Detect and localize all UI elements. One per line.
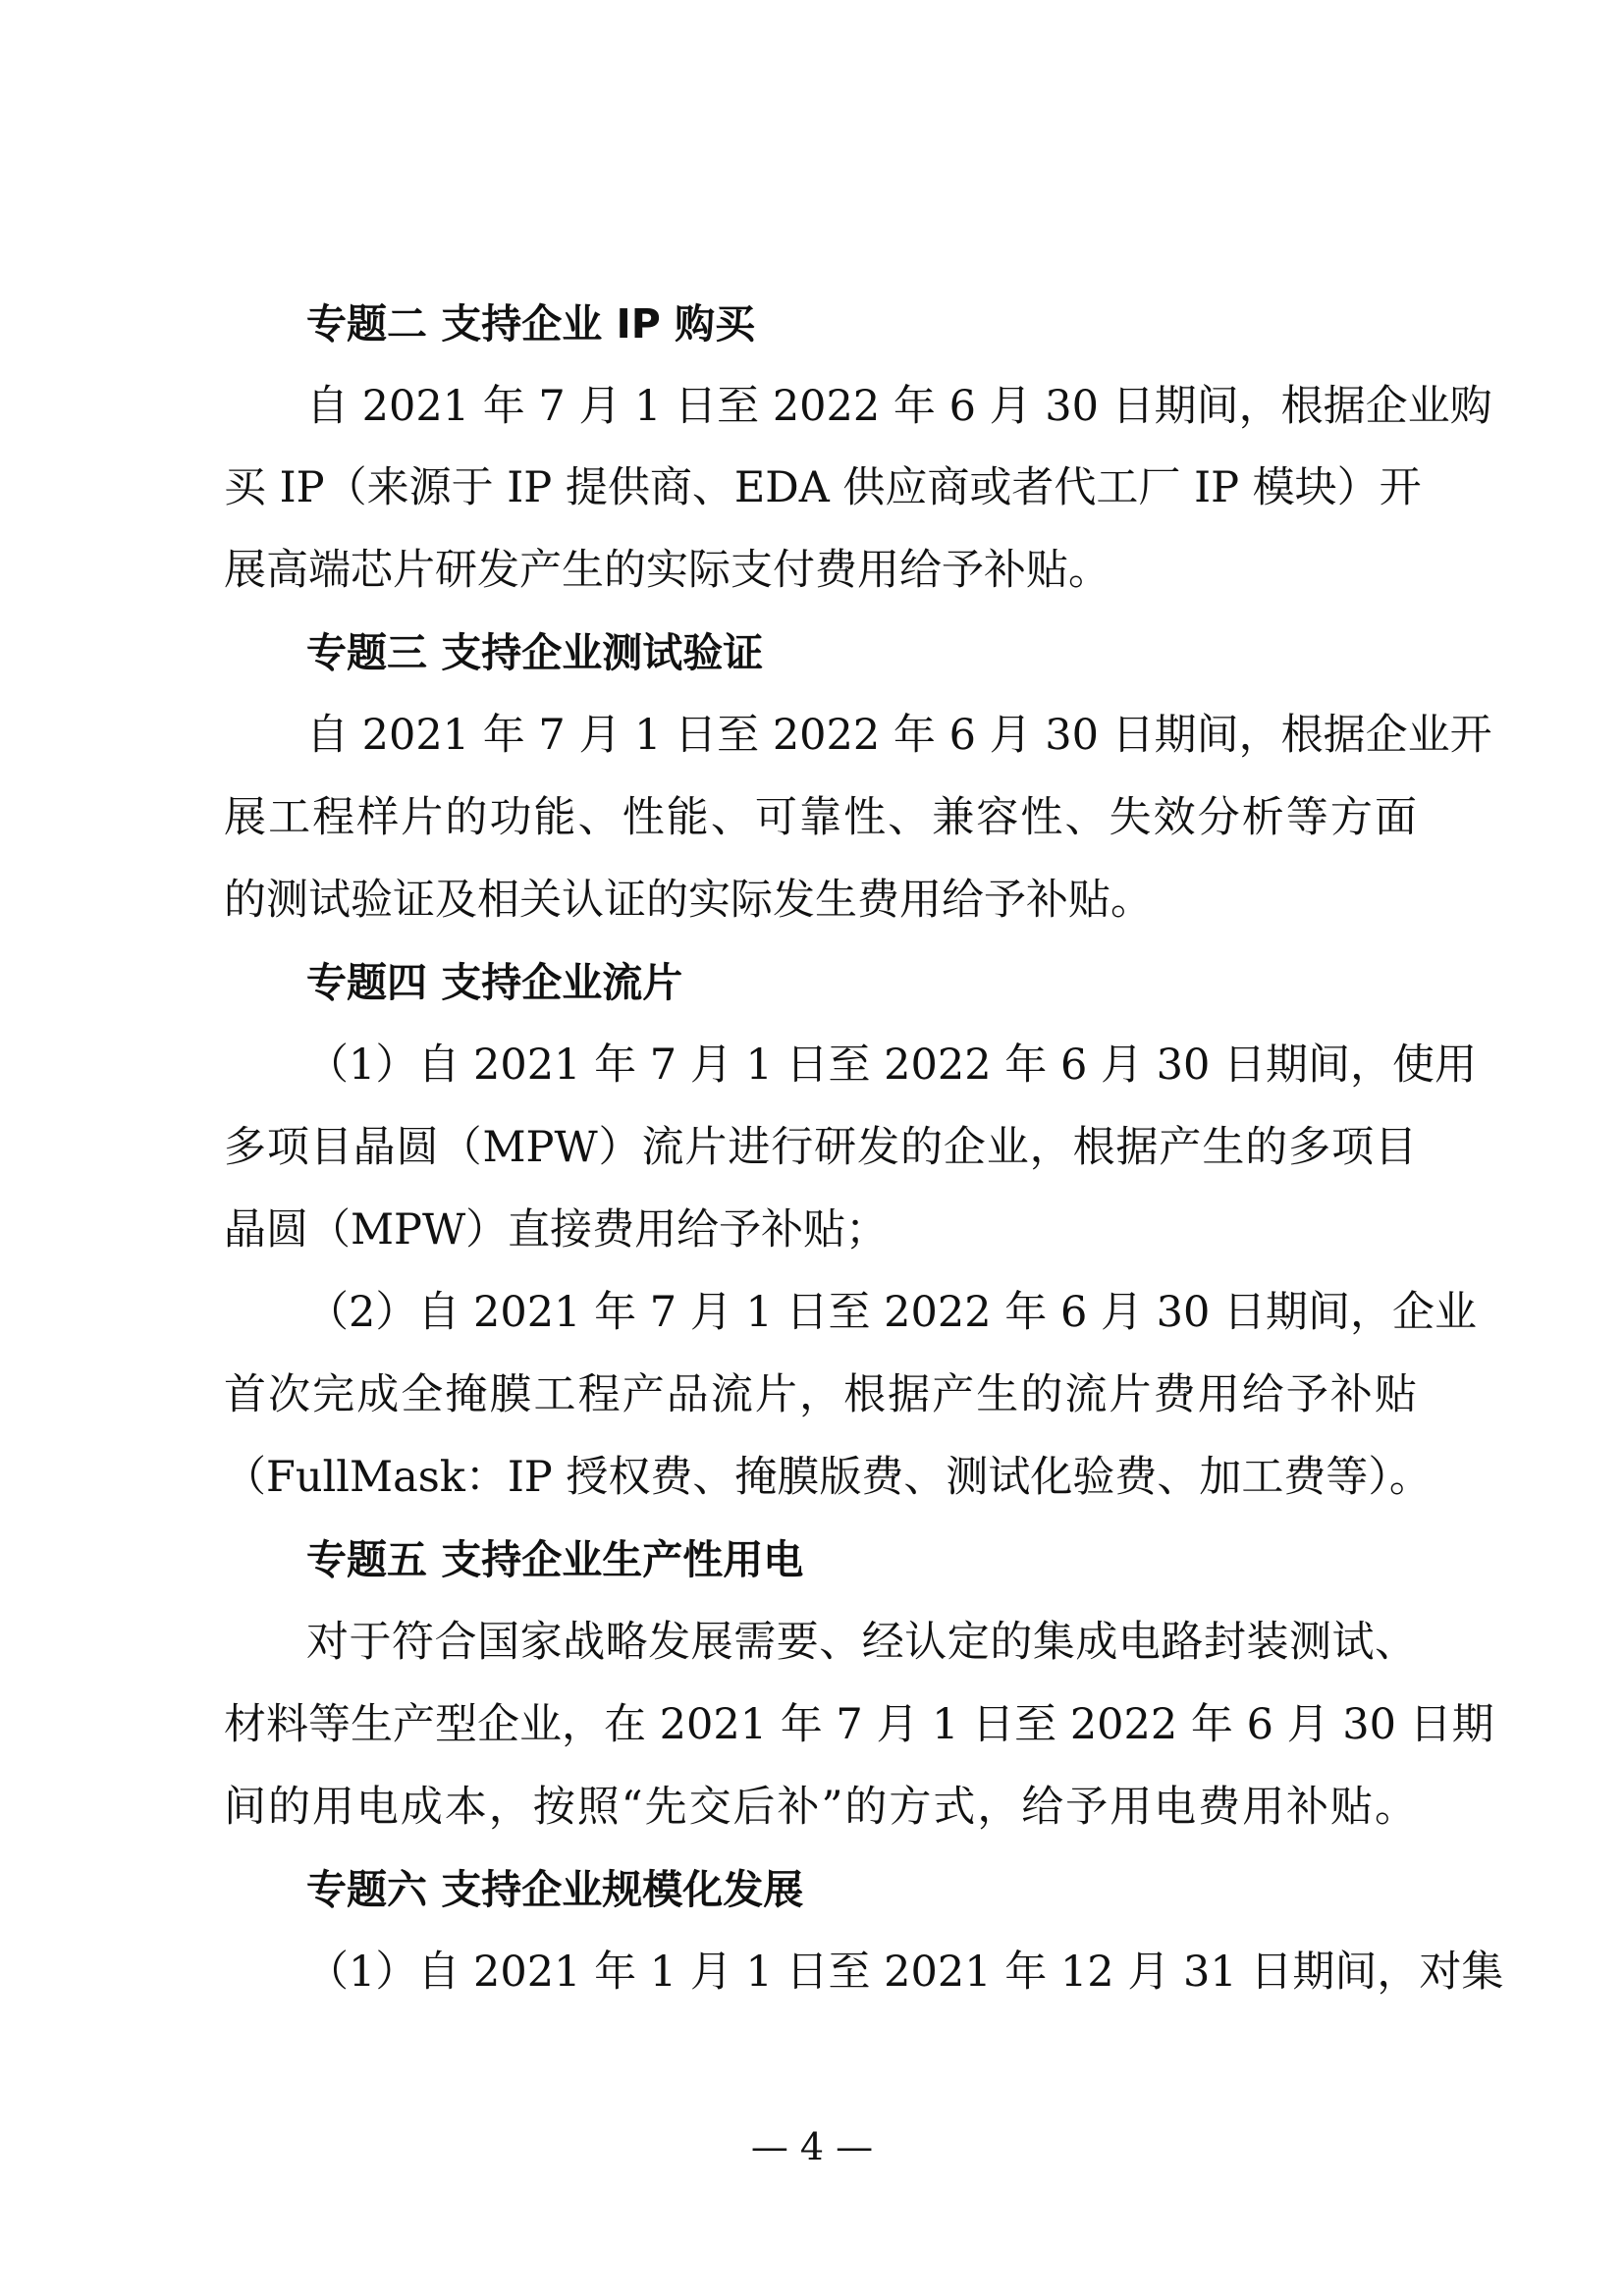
paragraph-line: 展高端芯片研发产生的实际支付费用给予补贴。 — [224, 541, 1110, 600]
section-heading-2: 专题二 支持企业 IP 购买 — [306, 294, 755, 353]
paragraph-line: 的测试验证及相关认证的实际发生费用给予补贴。 — [224, 871, 1153, 930]
paragraph-line: 间的用电成本，按照“先交后补”的方式，给予用电费用补贴。 — [224, 1778, 1417, 1837]
section-heading-5: 专题五 支持企业生产性用电 — [306, 1530, 803, 1589]
section-heading-6: 专题六 支持企业规模化发展 — [306, 1860, 803, 1919]
paragraph-line: 晶圆（MPW）直接费用给予补贴； — [224, 1201, 888, 1259]
paragraph-line: 对于符合国家战略发展需要、经认定的集成电路封装测试、 — [306, 1613, 1417, 1672]
paragraph-line: （FullMask：IP 授权费、掩膜版费、测试化验费、加工费等）。 — [224, 1448, 1417, 1507]
paragraph-line: （1）自 2021 年 1 月 1 日至 2021 年 12 月 31 日期间，… — [306, 1943, 1417, 2002]
page-number: — 4 — — [0, 2122, 1624, 2171]
paragraph-line: 买 IP（来源于 IP 提供商、EDA 供应商或者代工厂 IP 模块）开 — [224, 458, 1417, 517]
paragraph-line: 材料等生产型企业，在 2021 年 7 月 1 日至 2022 年 6 月 30… — [224, 1695, 1417, 1754]
paragraph-line: 首次完成全掩膜工程产品流片，根据产生的流片费用给予补贴 — [224, 1365, 1417, 1424]
section-heading-3: 专题三 支持企业测试验证 — [306, 623, 763, 682]
paragraph-line: 自 2021 年 7 月 1 日至 2022 年 6 月 30 日期间，根据企业… — [306, 377, 1417, 436]
paragraph-line: （2）自 2021 年 7 月 1 日至 2022 年 6 月 30 日期间，企… — [306, 1283, 1417, 1342]
paragraph-line: 展工程样片的功能、性能、可靠性、兼容性、失效分析等方面 — [224, 788, 1417, 847]
document-page: 专题二 支持企业 IP 购买 自 2021 年 7 月 1 日至 2022 年 … — [0, 0, 1624, 2296]
paragraph-line: 多项目晶圆（MPW）流片进行研发的企业，根据产生的多项目 — [224, 1118, 1417, 1177]
paragraph-line: （1）自 2021 年 7 月 1 日至 2022 年 6 月 30 日期间，使… — [306, 1036, 1417, 1095]
paragraph-line: 自 2021 年 7 月 1 日至 2022 年 6 月 30 日期间，根据企业… — [306, 706, 1417, 765]
section-heading-4: 专题四 支持企业流片 — [306, 953, 682, 1012]
